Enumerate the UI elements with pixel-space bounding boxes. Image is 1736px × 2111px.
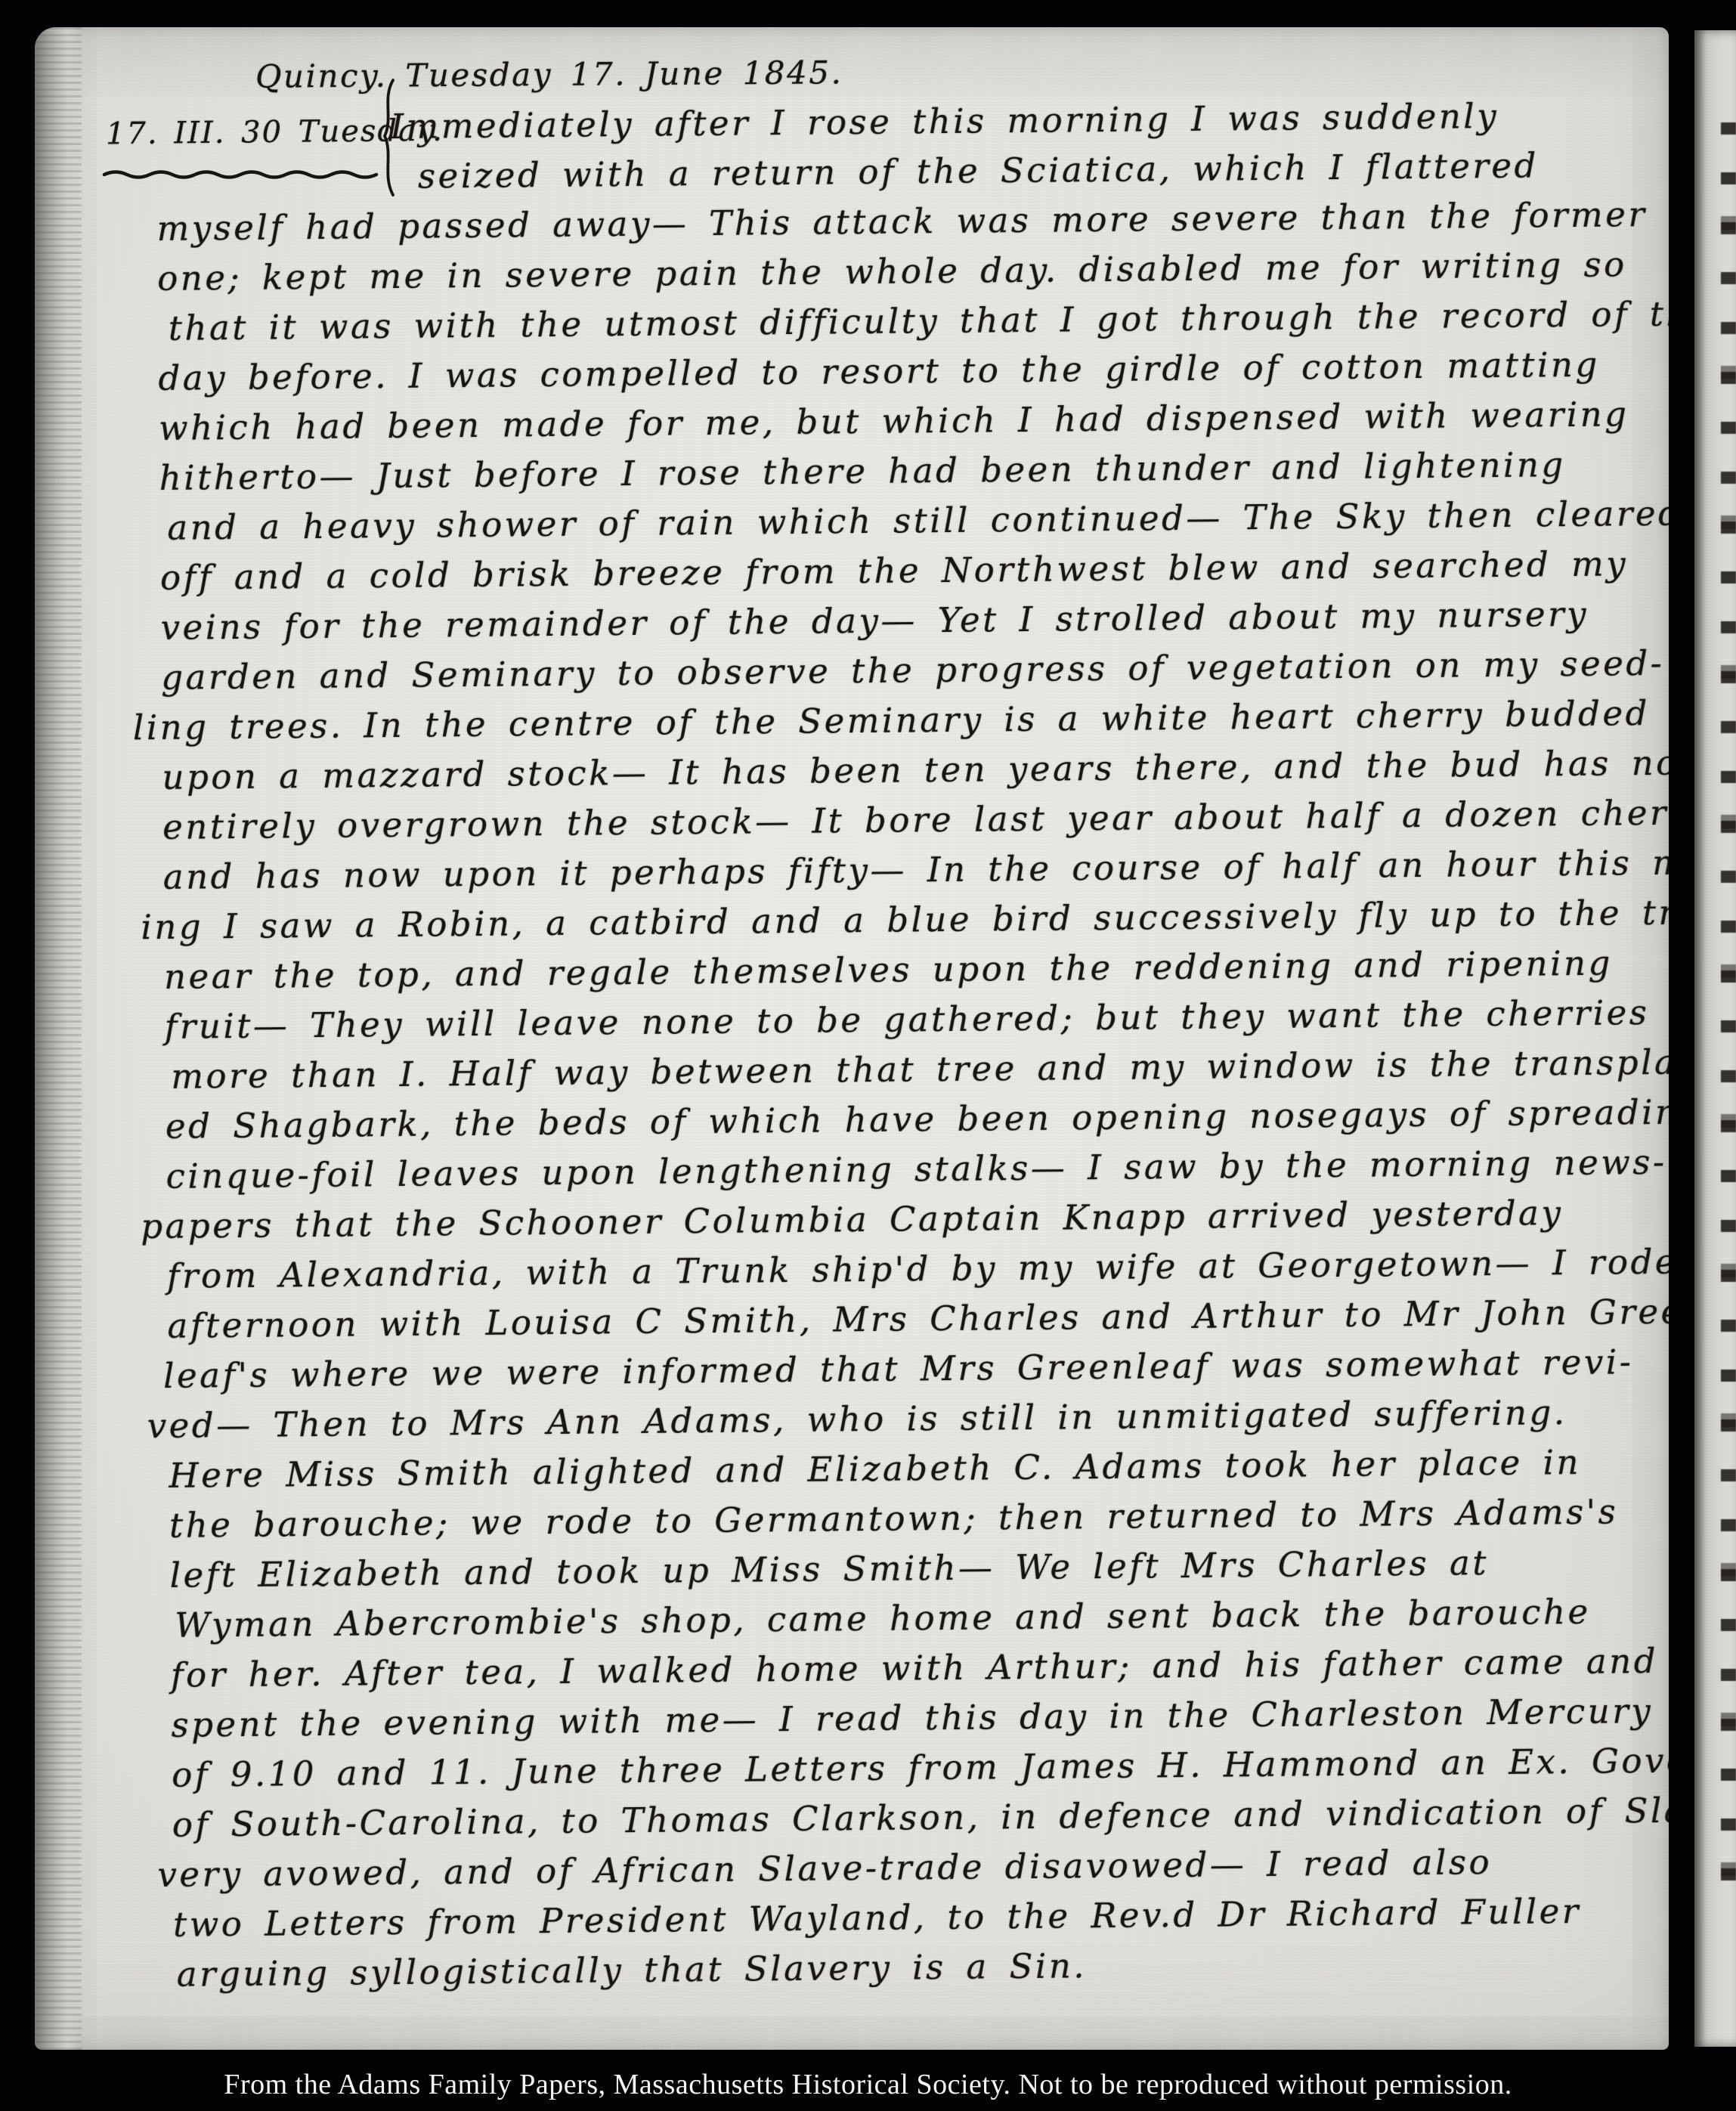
caption-bar: From the Adams Family Papers, Massachuse…	[0, 2050, 1736, 2111]
page-edge	[35, 27, 82, 2050]
ink-fragments	[1721, 103, 1736, 1917]
manuscript-page: Quincy. Tuesday 17. June 1845. 17. III. …	[35, 27, 1669, 2050]
manuscript-text-block: Immediately after I rose this morning I …	[156, 89, 1669, 2000]
journal-header: Quincy. Tuesday 17. June 1845.	[255, 54, 843, 94]
credit-caption: From the Adams Family Papers, Massachuse…	[0, 2068, 1736, 2101]
manuscript-scan: Quincy. Tuesday 17. June 1845. 17. III. …	[0, 0, 1736, 2111]
facing-page-sliver	[1694, 30, 1736, 2047]
